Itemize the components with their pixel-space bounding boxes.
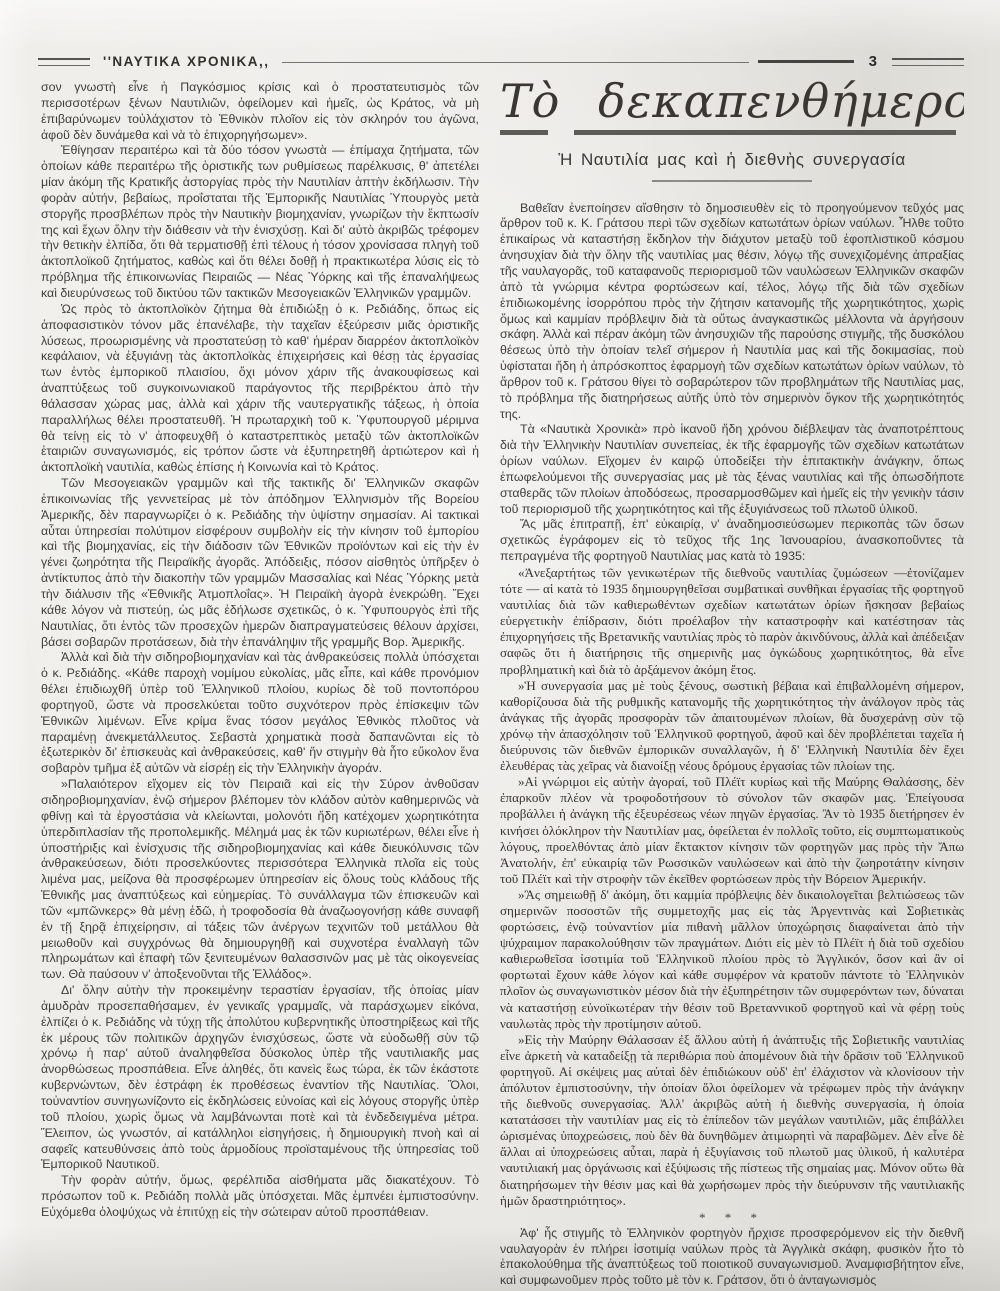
paragraph: Ὡς πρὸς τὸ ἀκτοπλοϊκὸν ζήτημα θὰ ἐπιδιώξ… bbox=[41, 302, 479, 476]
paragraph: »Ἂς σημειωθῇ δ' ἀκόμη, ὅτι καμμία πρόβλε… bbox=[500, 887, 964, 1032]
scanned-periodical-page: { "page": { "masthead": "''ΝΑΥΤΙΚΑ ΧΡΟΝΙ… bbox=[0, 0, 1000, 1291]
article-title: Τὸ δεκαπενθήμερον bbox=[500, 76, 964, 127]
paragraph: Τῶν Μεσογειακῶν γραμμῶν καὶ τῆς τακτικῆς… bbox=[41, 476, 479, 650]
paragraph: Ἐθίγησαν περαιτέρω καὶ τὰ δύο τόσον γνωσ… bbox=[41, 143, 479, 301]
quoted-reprint-section: «Ἀνεξαρτήτως τῶν γενικωτέρων τῆς διεθνοῦ… bbox=[500, 565, 964, 1209]
subtitle-rule bbox=[652, 180, 812, 182]
header-rule-dark bbox=[758, 60, 854, 63]
page-header: ''ΝΑΥΤΙΚΑ ΧΡΟΝΙΚΑ,, 3 bbox=[38, 53, 964, 70]
page-number: 3 bbox=[863, 53, 883, 70]
paragraph: Τὴν φορὰν αὐτήν, ὅμως, φερέλπιδα αἰσθήμα… bbox=[41, 1173, 479, 1221]
paragraph: »Παλαιότερον εἴχομεν εἰς τὸν Πειραιᾶ καὶ… bbox=[41, 777, 479, 983]
closing-section: Ἀφ' ἧς στιγμῆς τὸ Ἑλληνικὸν φορτηγὸν ἤρχ… bbox=[500, 1226, 964, 1286]
title-underline-short bbox=[500, 130, 548, 135]
paragraph: Βαθεῖαν ἐνεποίησεν αἴσθησιν τὸ δημοσιευθ… bbox=[500, 201, 964, 423]
paragraph: σον γνωστὴ εἶνε ἡ Παγκόσμιος κρίσις καὶ … bbox=[41, 80, 479, 143]
paragraph: »Ἡ συνεργασία μας μὲ τοὺς ξένους, σωστικ… bbox=[500, 678, 964, 775]
paragraph: «Ἀνεξαρτήτως τῶν γενικωτέρων τῆς διεθνοῦ… bbox=[500, 565, 964, 678]
left-column: σον γνωστὴ εἶνε ἡ Παγκόσμιος κρίσις καὶ … bbox=[41, 80, 479, 1278]
title-underline bbox=[500, 130, 964, 135]
article-subtitle: Ἡ Ναυτιλία μας καὶ ἡ διεθνὴς συνεργασία bbox=[500, 150, 964, 170]
paragraph: »Αἱ γνώριμοι εἰς αὐτὴν ἀγοραί, τοῦ Πλέϊτ… bbox=[500, 774, 964, 887]
paragraph: Τὰ «Ναυτικὰ Χρονικὰ» πρὸ ἱκανοῦ ἤδη χρόν… bbox=[500, 422, 964, 517]
header-rule-left bbox=[38, 58, 90, 66]
paragraph: Ἀλλὰ καὶ διὰ τὴν σιδηροβιομηχανίαν καὶ τ… bbox=[41, 650, 479, 777]
header-rule-right bbox=[892, 58, 964, 66]
paragraph: »Εἰς τὴν Μαύρην Θάλασσαν ἐξ ἄλλου αὐτὴ ἡ… bbox=[500, 1032, 964, 1209]
right-column: Τὸ δεκαπενθήμερον Ἡ Ναυτιλία μας καὶ ἡ δ… bbox=[500, 74, 964, 1286]
asterisk-separator: * * * bbox=[500, 1211, 964, 1225]
paragraph: Ἀφ' ἧς στιγμῆς τὸ Ἑλληνικὸν φορτηγὸν ἤρχ… bbox=[500, 1226, 964, 1286]
article-body: Βαθεῖαν ἐνεποίησεν αἴσθησιν τὸ δημοσιευθ… bbox=[500, 201, 964, 1286]
masthead: ''ΝΑΥΤΙΚΑ ΧΡΟΝΙΚΑ,, bbox=[99, 54, 273, 69]
paragraph: Δι' ὅλην αὐτὴν τὴν προκειμένην τεραστίαν… bbox=[41, 983, 479, 1173]
title-underline-long bbox=[574, 130, 956, 135]
paragraph: Ἄς μᾶς ἐπιτραπῇ, ἐπ' εὐκαιρίᾳ, ν' ἀναδημ… bbox=[500, 517, 964, 565]
header-rule-long bbox=[282, 62, 748, 63]
intro-section: Βαθεῖαν ἐνεποίησεν αἴσθησιν τὸ δημοσιευθ… bbox=[500, 201, 964, 565]
